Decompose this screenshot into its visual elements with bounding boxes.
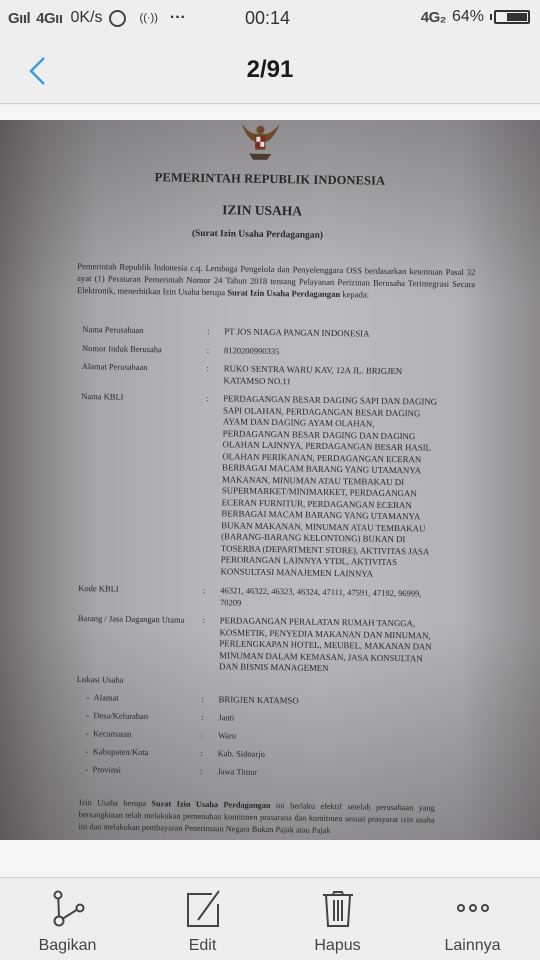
location-row: - Alamat : BRIGJEN KATAMSO <box>76 692 438 709</box>
field-value: 8120200990335 <box>224 345 444 360</box>
colon: : <box>186 730 218 742</box>
colon: : <box>186 694 218 706</box>
share-label: Bagikan <box>39 937 97 955</box>
field-label: Alamat Perusahaan <box>81 361 191 386</box>
location-label-text: Desa/Kelurahan <box>93 710 148 721</box>
edit-button[interactable]: Edit <box>135 878 270 960</box>
signal-4g-icon: 4Gıı <box>36 10 62 27</box>
more-label: Lainnya <box>444 937 500 955</box>
location-value: Jawa Timur <box>217 766 437 781</box>
network-type: 4G₂ <box>421 9 446 26</box>
hotspot-icon: ((·)) <box>140 12 158 24</box>
status-right: 4G₂ 64% <box>421 8 530 26</box>
dash: - <box>86 728 89 738</box>
field-label: Nomor Induk Berusaha <box>82 343 192 356</box>
more-dots-icon: ··· <box>170 9 186 27</box>
location-row: - Provinsi : Jawa Timur <box>75 764 437 781</box>
location-row: - Kecamatan : Waru <box>76 728 438 745</box>
document: PEMERINTAH REPUBLIK INDONESIA IZIN USAHA… <box>0 120 540 840</box>
field-row: Kode KBLI : 46321, 46322, 46323, 46324, … <box>78 583 440 612</box>
field-label: Nama KBLI <box>78 391 191 577</box>
edit-label: Edit <box>189 937 217 955</box>
signal-icon: Gııl <box>8 10 30 27</box>
field-row: Nomor Induk Berusaha : 8120200990335 <box>82 343 444 360</box>
colon: : <box>186 712 218 724</box>
location-label: - Kabupaten/Kota <box>76 746 186 759</box>
location-value: BRIGJEN KATAMSO <box>218 694 438 709</box>
net-speed: 0K/s <box>71 9 103 27</box>
location-value: Janti <box>218 712 438 727</box>
share-button[interactable]: Bagikan <box>0 878 135 960</box>
document-photo[interactable]: PEMERINTAH REPUBLIK INDONESIA IZIN USAHA… <box>0 120 540 840</box>
location-label-text: Kabupaten/Kota <box>93 746 149 757</box>
field-value: PERDAGANGAN PERALATAN RUMAH TANGGA, KOSM… <box>219 615 440 676</box>
page-counter: 2/91 <box>0 56 540 84</box>
doc-subtitle: (Surat Izin Usaha Perdagangan) <box>192 229 323 241</box>
footer-bold: Surat Izin Usaha Perdagangan <box>151 799 270 810</box>
image-viewer[interactable]: PEMERINTAH REPUBLIK INDONESIA IZIN USAHA… <box>0 105 540 877</box>
battery-percent: 64% <box>452 8 484 26</box>
edit-icon <box>184 890 222 928</box>
field-label: Barang / Jasa Dagangan Utama <box>77 613 188 672</box>
field-value: PERDAGANGAN BESAR DAGING SAPI DAN DAGING… <box>220 393 443 580</box>
colon: : <box>188 393 223 577</box>
location-label-text: Provinsi <box>92 764 120 774</box>
status-left: Gııl 4Gıı 0K/s ((·)) ··· <box>8 9 186 27</box>
colon: : <box>192 345 224 357</box>
location-label: - Provinsi <box>75 764 185 777</box>
whatsapp-icon <box>109 10 126 27</box>
clock: 00:14 <box>245 8 290 29</box>
colon: : <box>188 585 220 608</box>
location-label-text: Alamat <box>94 692 119 702</box>
share-icon <box>49 890 87 928</box>
delete-button[interactable]: Hapus <box>270 878 405 960</box>
location-label: - Desa/Kelurahan <box>76 710 186 723</box>
field-label: Kode KBLI <box>78 583 188 608</box>
location-label-text: Kecamatan <box>93 728 131 739</box>
field-value: RUKO SENTRA WARU KAV, 12A JL. BRIGJEN KA… <box>223 363 443 389</box>
location-row: - Desa/Kelurahan : Janti <box>76 710 438 727</box>
doc-intro: Pemerintah Republik Indonesia c.q. Lemba… <box>77 260 476 302</box>
location-title-text: Lokasi Usaha <box>77 674 124 686</box>
battery-nub <box>490 14 492 20</box>
header: 2/91 <box>0 38 540 104</box>
more-button[interactable]: Lainnya <box>405 878 540 960</box>
field-row: Nama Perusahaan : PT JOS NIAGA PANGAN IN… <box>82 324 444 341</box>
dash: - <box>86 746 89 756</box>
status-bar: Gııl 4Gıı 0K/s ((·)) ··· 00:14 4G₂ 64% <box>0 0 540 38</box>
colon: : <box>187 615 220 673</box>
field-label: Nama Perusahaan <box>82 324 192 337</box>
dash: - <box>85 764 88 774</box>
bottom-action-bar: Bagikan Edit Hapus Lainnya <box>0 877 540 960</box>
footer-start: Izin Usaha berupa <box>79 798 152 808</box>
colon: : <box>191 363 223 386</box>
location-label: - Kecamatan <box>76 728 186 741</box>
colon: : <box>185 766 217 778</box>
intro-end: kepada: <box>340 289 369 299</box>
doc-footer-text: Izin Usaha berupa Surat Izin Usaha Perda… <box>78 797 435 839</box>
garuda-emblem-icon <box>237 120 284 166</box>
battery-icon <box>494 10 530 24</box>
field-row: Nama KBLI : PERDAGANGAN BESAR DAGING SAP… <box>78 391 443 581</box>
location-label: - Alamat <box>76 692 186 705</box>
doc-title: IZIN USAHA <box>222 202 302 219</box>
field-row: Barang / Jasa Dagangan Utama : PERDAGANG… <box>77 613 440 676</box>
field-value: 46321, 46322, 46323, 46324, 47111, 47591… <box>220 585 440 611</box>
doc-heading: PEMERINTAH REPUBLIK INDONESIA <box>155 170 386 189</box>
field-value: PT JOS NIAGA PANGAN INDONESIA <box>224 326 444 341</box>
field-row: Alamat Perusahaan : RUKO SENTRA WARU KAV… <box>81 361 443 390</box>
dash: - <box>86 710 89 720</box>
dash: - <box>86 692 89 702</box>
location-row: - Kabupaten/Kota : Kab. Sidoarjo <box>76 746 438 763</box>
more-icon <box>454 890 492 928</box>
location-value: Waru <box>218 730 438 745</box>
colon: : <box>186 748 218 760</box>
location-value: Kab. Sidoarjo <box>218 748 438 763</box>
location-title: Lokasi Usaha <box>77 674 124 686</box>
delete-label: Hapus <box>314 937 360 955</box>
trash-icon <box>319 890 357 928</box>
colon: : <box>192 326 224 338</box>
intro-bold: Surat Izin Usaha Perdagangan <box>227 287 340 299</box>
